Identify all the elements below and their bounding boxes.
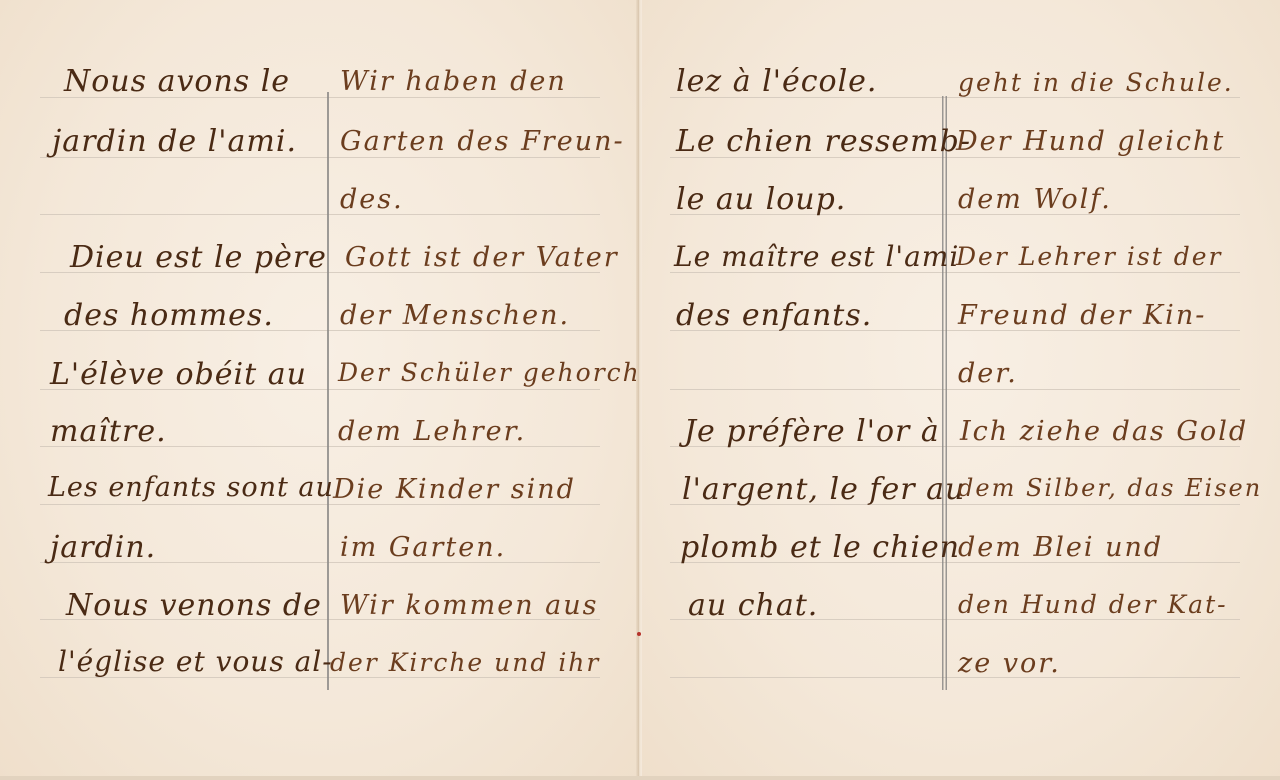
open-notebook-spread: Nous avons le jardin de l'ami. Dieu est … <box>0 0 1280 780</box>
page-fold <box>636 0 642 780</box>
german-line: Gott ist der Vater <box>345 242 619 273</box>
column-divider <box>942 96 947 690</box>
german-line: dem Silber, das Eisen <box>958 474 1262 502</box>
french-line: Le maître est l'ami <box>674 240 959 273</box>
german-line: den Hund der Kat- <box>958 590 1228 619</box>
german-line: geht in die Schule. <box>958 68 1234 97</box>
german-line: dem Lehrer. <box>338 416 526 447</box>
french-line: jardin de l'ami. <box>52 124 297 159</box>
german-line: ze vor. <box>958 648 1061 679</box>
french-line: des enfants. <box>676 298 872 333</box>
rule-line <box>670 677 1240 678</box>
german-line: Wir haben den <box>340 66 567 97</box>
french-line: maître. <box>50 414 167 449</box>
french-line: Les enfants sont au <box>48 472 334 503</box>
french-line: le au loup. <box>676 182 846 217</box>
german-line: Freund der Kin- <box>958 300 1206 331</box>
left-page: Nous avons le jardin de l'ami. Dieu est … <box>0 0 638 780</box>
german-line: Der Lehrer ist der <box>956 242 1222 271</box>
german-line: Der Hund gleicht <box>956 126 1225 157</box>
french-line: l'église et vous al- <box>58 645 333 678</box>
german-line: im Garten. <box>340 532 506 563</box>
ink-spot <box>637 632 641 636</box>
french-line: des hommes. <box>64 298 274 333</box>
french-line: au chat. <box>688 588 818 623</box>
french-line: Dieu est le père <box>70 240 327 275</box>
french-line: Le chien ressemb- <box>676 124 971 159</box>
german-line: der. <box>958 358 1018 389</box>
german-line: Garten des Freun- <box>340 126 625 157</box>
french-line: jardin. <box>50 530 156 565</box>
french-line: L'élève obéit au <box>50 357 307 392</box>
german-line: des. <box>340 184 404 215</box>
german-line: dem Blei und <box>958 532 1163 563</box>
french-line: lez à l'école. <box>676 64 877 99</box>
german-line: Der Schüler gehorcht <box>338 358 653 387</box>
french-line: plomb et le chien <box>680 530 960 565</box>
german-line: dem Wolf. <box>958 184 1112 215</box>
german-line: der Kirche und ihr <box>330 648 600 677</box>
german-line: der Menschen. <box>340 300 570 331</box>
rule-line <box>670 389 1240 390</box>
german-line: Die Kinder sind <box>333 474 576 505</box>
french-line: Nous avons le <box>64 64 290 99</box>
french-line: Nous venons de <box>66 588 322 623</box>
right-page: lez à l'école. Le chien ressemb- le au l… <box>640 0 1280 780</box>
german-line: Ich ziehe das Gold <box>960 416 1248 447</box>
french-line: l'argent, le fer au <box>682 472 965 507</box>
german-line: Wir kommen aus <box>340 590 599 621</box>
french-line: Je préfère l'or à <box>684 414 940 449</box>
rule-line <box>40 214 600 215</box>
page-bottom-edge <box>0 776 1280 780</box>
column-divider <box>327 92 329 690</box>
